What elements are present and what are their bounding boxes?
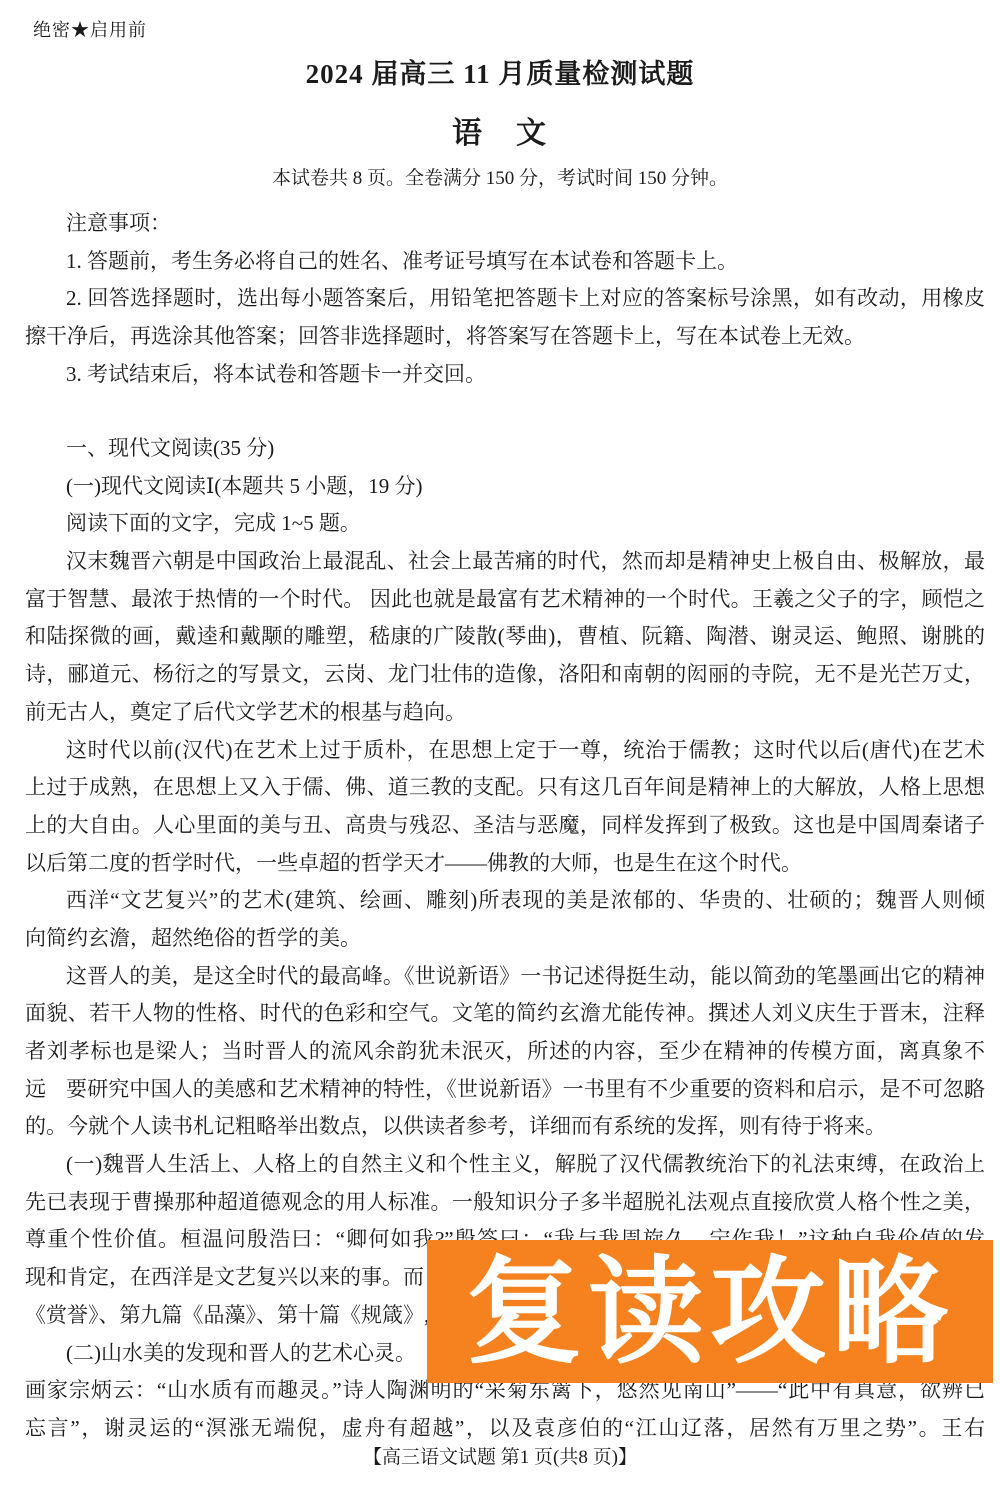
text-line: 诗，郦道元、杨衍之的写景文，云岗、龙门壮伟的造像，洛阳和南朝的闳丽的寺院，无不是… bbox=[25, 656, 985, 694]
text-line: 前无古人，奠定了后代文学艺术的根基与趋向。 bbox=[25, 694, 985, 732]
exam-title: 2024 届高三 11 月质量检测试题 bbox=[0, 52, 1000, 91]
text-line: 面貌、若干人物的性格、时代的色彩和空气。文笔的简约玄澹尤能传神。撰述人刘义庆生于… bbox=[25, 995, 985, 1033]
text-line: 汉末魏晋六朝是中国政治上最混乱、社会上最苦痛的时代，然而却是精神史上极自由、极解… bbox=[25, 543, 985, 581]
text-line: 擦干净后，再选涂其他答案；回答非选择题时，将答案写在答题卡上，写在本试卷上无效。 bbox=[25, 318, 985, 356]
text-line: 西洋“文艺复兴”的艺术(建筑、绘画、雕刻)所表现的美是浓郁的、华贵的、壮硕的；魏… bbox=[25, 882, 985, 920]
text-line: (一)魏晋人生活上、人格上的自然主义和个性主义，解脱了汉代儒教统治下的礼法束缚，… bbox=[25, 1146, 985, 1184]
text-line: 和陆探微的画，戴逵和戴颙的雕塑，嵇康的广陵散(琴曲)，曹植、阮籍、陶潜、谢灵运、… bbox=[25, 618, 985, 656]
text-line: (一)现代文阅读Ⅰ(本题共 5 小题，19 分) bbox=[25, 468, 985, 506]
text-line: 1. 答题前，考生务必将自己的姓名、准考证号填写在本试卷和答题卡上。 bbox=[25, 243, 985, 281]
paper-info-line: 本试卷共 8 页。全卷满分 150 分，考试时间 150 分钟。 bbox=[0, 163, 1000, 190]
text-line: 注意事项： bbox=[25, 205, 985, 243]
text-line: 要研究中国人的美感和艺术精神的特性，《世说新语》一书里有不少重要的资料和启示，是… bbox=[25, 1071, 985, 1109]
notices-section: 注意事项：1. 答题前，考生务必将自己的姓名、准考证号填写在本试卷和答题卡上。2… bbox=[25, 205, 985, 393]
text-line: 以后第二度的哲学时代，一些卓超的哲学天才——佛教的大师，也是生在这个时代。 bbox=[25, 845, 985, 883]
security-classification-label: 绝密★启用前 bbox=[33, 16, 147, 42]
subject-title: 语 文 bbox=[0, 108, 1000, 152]
text-line: 向简约玄澹，超然绝俗的哲学的美。 bbox=[25, 920, 985, 958]
page-footer: 【高三语文试题 第1 页(共8 页)】 bbox=[0, 1442, 1000, 1469]
watermark-text: 复读攻略 bbox=[466, 1254, 954, 1370]
text-line: 富于智慧、最浓于热情的一个时代。 因此也就是最富有艺术精神的一个时代。王羲之父子… bbox=[25, 581, 985, 619]
text-line: 2. 回答选择题时，选出每小题答案后，用铅笔把答题卡上对应的答案标号涂黑，如有改… bbox=[25, 280, 985, 318]
text-line: 一、现代文阅读(35 分) bbox=[25, 430, 985, 468]
text-line: 的。今就个人读书札记粗略举出数点，以供读者参考，详细而有系统的发挥，则有待于将来… bbox=[25, 1108, 985, 1146]
exam-paper-page: 绝密★启用前 2024 届高三 11 月质量检测试题 语 文 本试卷共 8 页。… bbox=[0, 0, 1000, 1490]
text-line: 3. 考试结束后，将本试卷和答题卡一并交回。 bbox=[25, 356, 985, 394]
text-line: 这晋人的美，是这全时代的最高峰。《世说新语》一书记述得挺生动，能以简劲的笔墨画出… bbox=[25, 958, 985, 996]
text-line: 这时代以前(汉代)在艺术上过于质朴，在思想上定于一尊，统治于儒教；这时代以后(唐… bbox=[25, 732, 985, 770]
text-line: 先已表现于曹操那种超道德观念的用人标准。一般知识分子多半超脱礼法观点直接欣赏人格… bbox=[25, 1184, 985, 1222]
text-line: 上过于成熟，在思想上又入于儒、佛、道三教的支配。只有这几百年间是精神上的大解放，… bbox=[25, 769, 985, 807]
text-line: 上的大自由。人心里面的美与丑、高贵与残忍、圣洁与恶魔，同样发挥到了极致。这也是中… bbox=[25, 807, 985, 845]
text-line: 者刘孝标也是梁人；当时晋人的流风余韵犹未泯灭，所述的内容，至少在精神的传模方面，… bbox=[25, 1033, 985, 1071]
text-line: 阅读下面的文字，完成 1~5 题。 bbox=[25, 505, 985, 543]
watermark-overlay: 复读攻略 bbox=[427, 1240, 993, 1383]
